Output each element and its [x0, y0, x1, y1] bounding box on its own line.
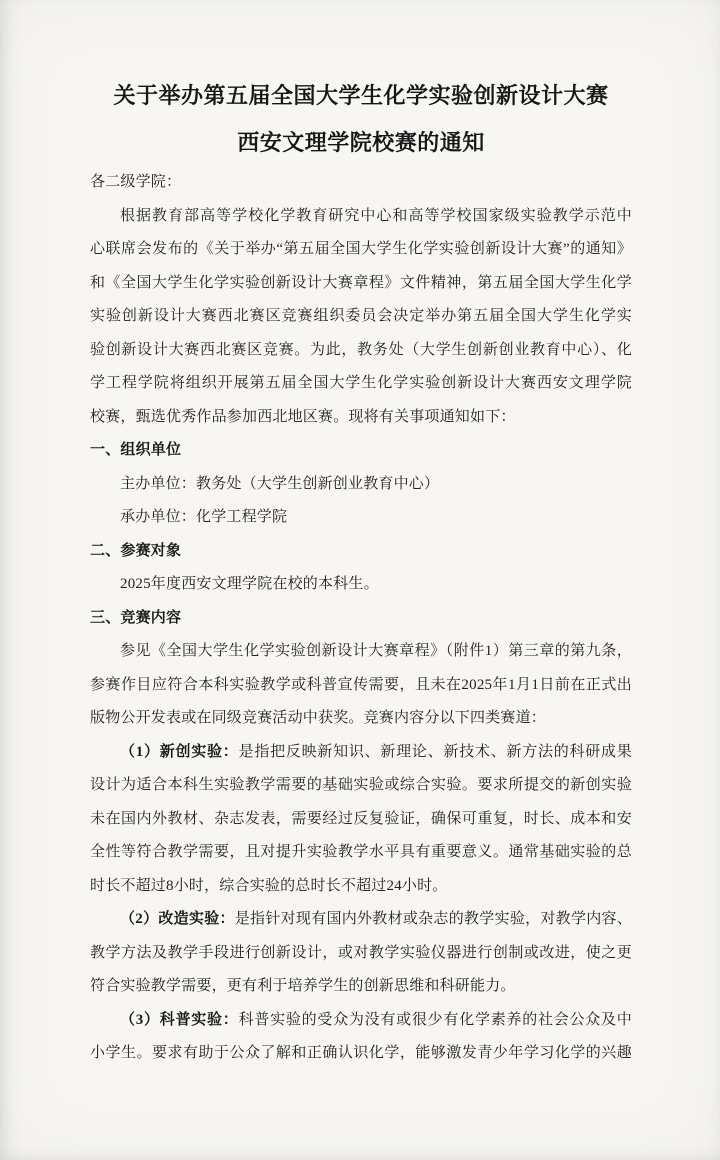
doc-line: 心联席会发布的《关于举办“第五届全国大学生化学实验创新设计大赛”的通知》 [90, 233, 632, 267]
doc-line: 校赛，甄选优秀作品参加西北地区赛。现将有关事项通知如下： [90, 401, 632, 435]
section-heading: 一、组织单位 [90, 434, 632, 468]
doc-line: 符合实验教学需要，更有利于培养学生的创新思维和科研能力。 [90, 970, 632, 1004]
track-label: （2）改造实验： [120, 911, 235, 927]
doc-line: 学工程学院将组织开展第五届全国大学生化学实验创新设计大赛西安文理学院 [90, 367, 632, 401]
doc-line-text: 是指针对现有国内外教材或杂志的教学实验，对教学内容、 [235, 911, 632, 927]
doc-line: 承办单位：化学工程学院 [90, 501, 632, 535]
doc-line: 和《全国大学生化学实验创新设计大赛章程》文件精神，第五届全国大学生化学 [90, 267, 632, 301]
doc-line: 主办单位：教务处（大学生创新创业教育中心） [90, 468, 632, 502]
document-body: 各二级学院：根据教育部高等学校化学教育研究中心和高等学校国家级实验教学示范中心联… [90, 166, 632, 1071]
doc-line: （2）改造实验：是指针对现有国内外教材或杂志的教学实验，对教学内容、 [90, 903, 632, 937]
doc-line: 参见《全国大学生化学实验创新设计大赛章程》（附件1）第三章的第九条， [90, 635, 632, 669]
doc-line: （3）科普实验：科普实验的受众为没有或很少有化学素养的社会公众及中 [90, 1004, 632, 1038]
doc-line: 教学方法及教学手段进行创新设计，或对教学实验仪器进行创制或改进，使之更 [90, 937, 632, 971]
doc-line: 小学生。要求有助于公众了解和正确认识化学，能够激发青少年学习化学的兴趣 [90, 1037, 632, 1071]
track-label: （1）新创实验： [120, 744, 239, 760]
doc-line-text: 科普实验的受众为没有或很少有化学素养的社会公众及中 [239, 1012, 632, 1028]
doc-line: 各二级学院： [90, 166, 632, 200]
track-label: （3）科普实验： [120, 1012, 239, 1028]
doc-line-text: 是指把反映新知识、新理论、新技术、新方法的科研成果 [239, 744, 632, 760]
doc-line: 2025年度西安文理学院在校的本科生。 [90, 568, 632, 602]
scanned-notice-page: 关于举办第五届全国大学生化学实验创新设计大赛 西安文理学院校赛的通知 各二级学院… [0, 0, 720, 1160]
doc-line: 未在国内外教材、杂志发表，需要经过反复验证，确保可重复，时长、成本和安 [90, 803, 632, 837]
document-title-line-1: 关于举办第五届全国大学生化学实验创新设计大赛 [90, 72, 632, 119]
doc-line: 验创新设计大赛西北赛区竞赛。为此，教务处（大学生创新创业教育中心）、化 [90, 334, 632, 368]
doc-line: 版物公开发表或在同级竞赛活动中获奖。竞赛内容分以下四类赛道： [90, 702, 632, 736]
doc-line: 设计为适合本科生实验教学需要的基础实验或综合实验。要求所提交的新创实验 [90, 769, 632, 803]
doc-line: （1）新创实验：是指把反映新知识、新理论、新技术、新方法的科研成果 [90, 736, 632, 770]
doc-line: 全性等符合教学需要，且对提升实验教学水平具有重要意义。通常基础实验的总 [90, 836, 632, 870]
section-heading: 二、参赛对象 [90, 535, 632, 569]
document-title: 关于举办第五届全国大学生化学实验创新设计大赛 西安文理学院校赛的通知 [90, 72, 632, 166]
section-heading: 三、竞赛内容 [90, 602, 632, 636]
doc-line: 参赛作目应符合本科实验教学或科普宣传需要，且未在2025年1月1日前在正式出 [90, 669, 632, 703]
document-title-line-2: 西安文理学院校赛的通知 [90, 119, 632, 166]
doc-line: 实验创新设计大赛西北赛区竞赛组织委员会决定举办第五届全国大学生化学实 [90, 300, 632, 334]
doc-line: 根据教育部高等学校化学教育研究中心和高等学校国家级实验教学示范中 [90, 200, 632, 234]
doc-line: 时长不超过8小时，综合实验的总时长不超过24小时。 [90, 870, 632, 904]
